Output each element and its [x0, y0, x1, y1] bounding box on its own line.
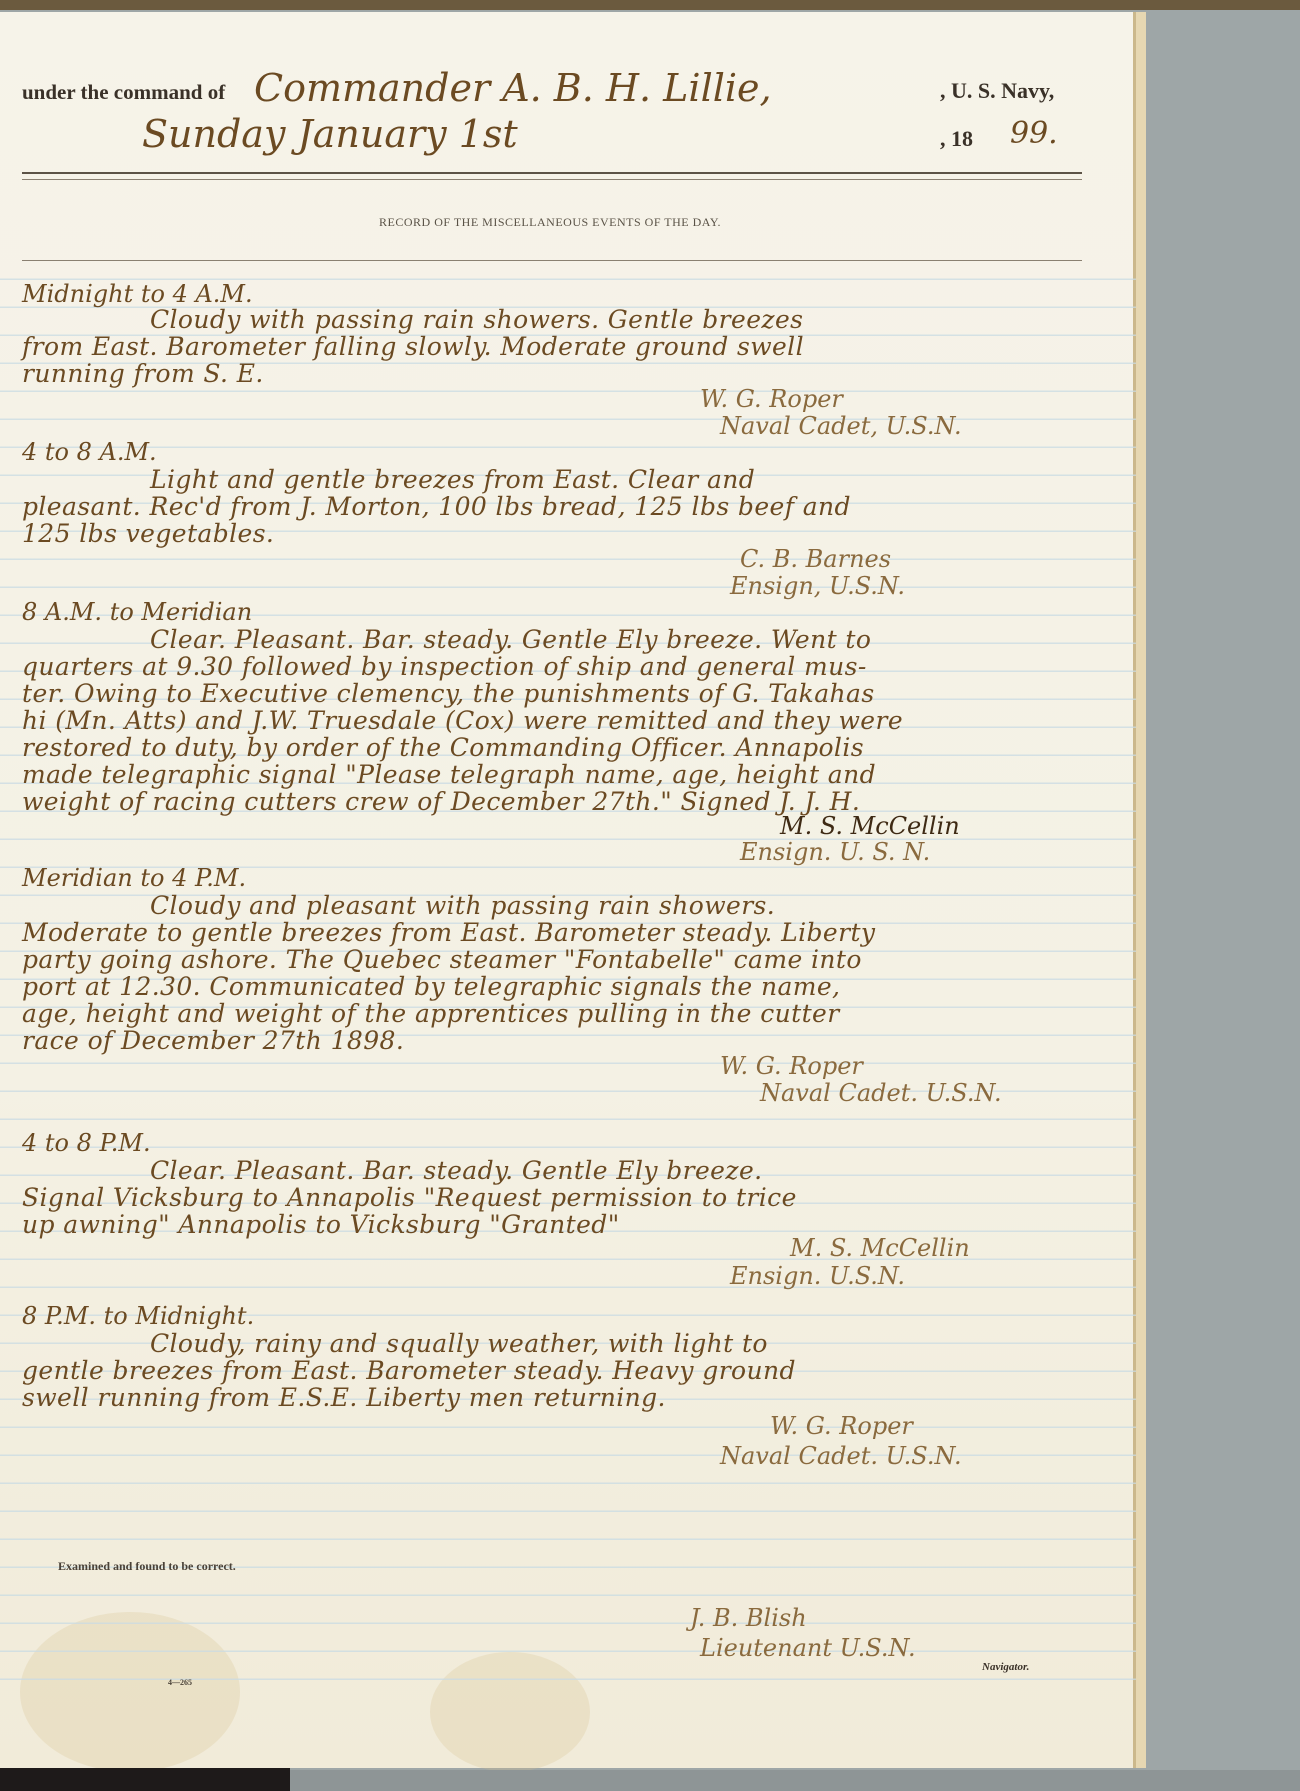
- log-line: Clear. Pleasant. Bar. steady. Gentle Ely…: [150, 625, 871, 654]
- officer-signature: W. G. Roper: [720, 1052, 863, 1080]
- watch-heading: 8 P.M. to Midnight.: [22, 1302, 254, 1330]
- scan-top-edge: [0, 0, 1300, 10]
- log-line: Signal Vicksburg to Annapolis "Request p…: [22, 1183, 797, 1212]
- watch-heading: Meridian to 4 P.M.: [22, 864, 246, 892]
- log-line: port at 12.30. Communicated by telegraph…: [22, 972, 840, 1001]
- header-double-rule: [22, 172, 1082, 180]
- year-suffix: 99.: [1010, 116, 1058, 151]
- form-number: 4—265: [168, 1678, 192, 1687]
- log-line: quarters at 9.30 followed by inspection …: [22, 652, 867, 681]
- log-line: age, height and weight of the apprentice…: [22, 999, 840, 1028]
- log-line: Cloudy with passing rain showers. Gentle…: [150, 305, 803, 334]
- log-date: Sunday January 1st: [142, 112, 518, 156]
- log-line: weight of racing cutters crew of Decembe…: [22, 787, 860, 816]
- section-title: RECORD OF THE MISCELLANEOUS EVENTS OF TH…: [0, 215, 1100, 230]
- log-line: pleasant. Rec'd from J. Morton, 100 lbs …: [22, 492, 851, 521]
- log-line: ter. Owing to Executive clemency, the pu…: [22, 679, 875, 708]
- officer-signature: W. G. Roper: [700, 385, 843, 413]
- log-page: under the command of Commander A. B. H. …: [0, 12, 1146, 1768]
- section-rule: [22, 260, 1082, 261]
- service-label: , U. S. Navy,: [940, 78, 1054, 104]
- officer-rank: Naval Cadet. U.S.N.: [720, 1442, 962, 1470]
- watch-heading: 8 A.M. to Meridian: [22, 598, 252, 626]
- log-line: swell running from E.S.E. Liberty men re…: [22, 1383, 666, 1412]
- log-line: Clear. Pleasant. Bar. steady. Gentle Ely…: [150, 1156, 763, 1185]
- header-command-line: under the command of Commander A. B. H. …: [22, 70, 1082, 110]
- header-date-line: Sunday January 1st , 18 99.: [22, 112, 1082, 162]
- scan-bottom-shadow: [0, 1768, 290, 1791]
- log-line: party going ashore. The Quebec steamer "…: [22, 945, 862, 974]
- log-line: from East. Barometer falling slowly. Mod…: [22, 332, 804, 361]
- commander-name: Commander A. B. H. Lillie,: [254, 66, 772, 110]
- watch-heading: 4 to 8 P.M.: [22, 1129, 151, 1157]
- watch-heading: Midnight to 4 A.M.: [22, 280, 253, 308]
- log-line: race of December 27th 1898.: [22, 1026, 404, 1055]
- command-label: under the command of: [22, 80, 225, 105]
- log-line: 125 lbs vegetables.: [22, 519, 274, 548]
- navigator-label: Navigator.: [982, 1661, 1029, 1673]
- scan-background: [290, 1770, 1300, 1791]
- log-line: running from S. E.: [22, 359, 264, 388]
- officer-rank: Ensign. U.S.N.: [730, 1262, 905, 1290]
- log-line: up awning" Annapolis to Vicksburg "Grant…: [22, 1210, 620, 1239]
- officer-rank: Ensign. U. S. N.: [740, 838, 930, 866]
- watch-heading: 4 to 8 A.M.: [22, 438, 157, 466]
- log-line: made telegraphic signal "Please telegrap…: [22, 760, 876, 789]
- officer-signature: C. B. Barnes: [740, 545, 891, 573]
- officer-rank: Naval Cadet, U.S.N.: [720, 412, 962, 440]
- officer-rank: Ensign, U.S.N.: [730, 572, 905, 600]
- navigator-rank: Lieutenant U.S.N.: [700, 1634, 916, 1662]
- log-line: Cloudy and pleasant with passing rain sh…: [150, 891, 775, 920]
- log-line: hi (Mn. Atts) and J.W. Truesdale (Cox) w…: [22, 706, 903, 735]
- log-line: gentle breezes from East. Barometer stea…: [22, 1356, 796, 1385]
- log-line: Light and gentle breezes from East. Clea…: [150, 465, 755, 494]
- examined-label: Examined and found to be correct.: [58, 1559, 236, 1574]
- log-line: restored to duty, by order of the Comman…: [22, 733, 864, 762]
- officer-signature: M. S. McCellin: [780, 812, 960, 840]
- log-line: Cloudy, rainy and squally weather, with …: [150, 1329, 768, 1358]
- officer-rank: Naval Cadet. U.S.N.: [760, 1079, 1002, 1107]
- log-line: Moderate to gentle breezes from East. Ba…: [22, 918, 875, 947]
- officer-signature: M. S. McCellin: [790, 1234, 970, 1262]
- navigator-signature: J. B. Blish: [690, 1604, 807, 1632]
- year-prefix: , 18: [940, 126, 973, 152]
- officer-signature: W. G. Roper: [770, 1412, 913, 1440]
